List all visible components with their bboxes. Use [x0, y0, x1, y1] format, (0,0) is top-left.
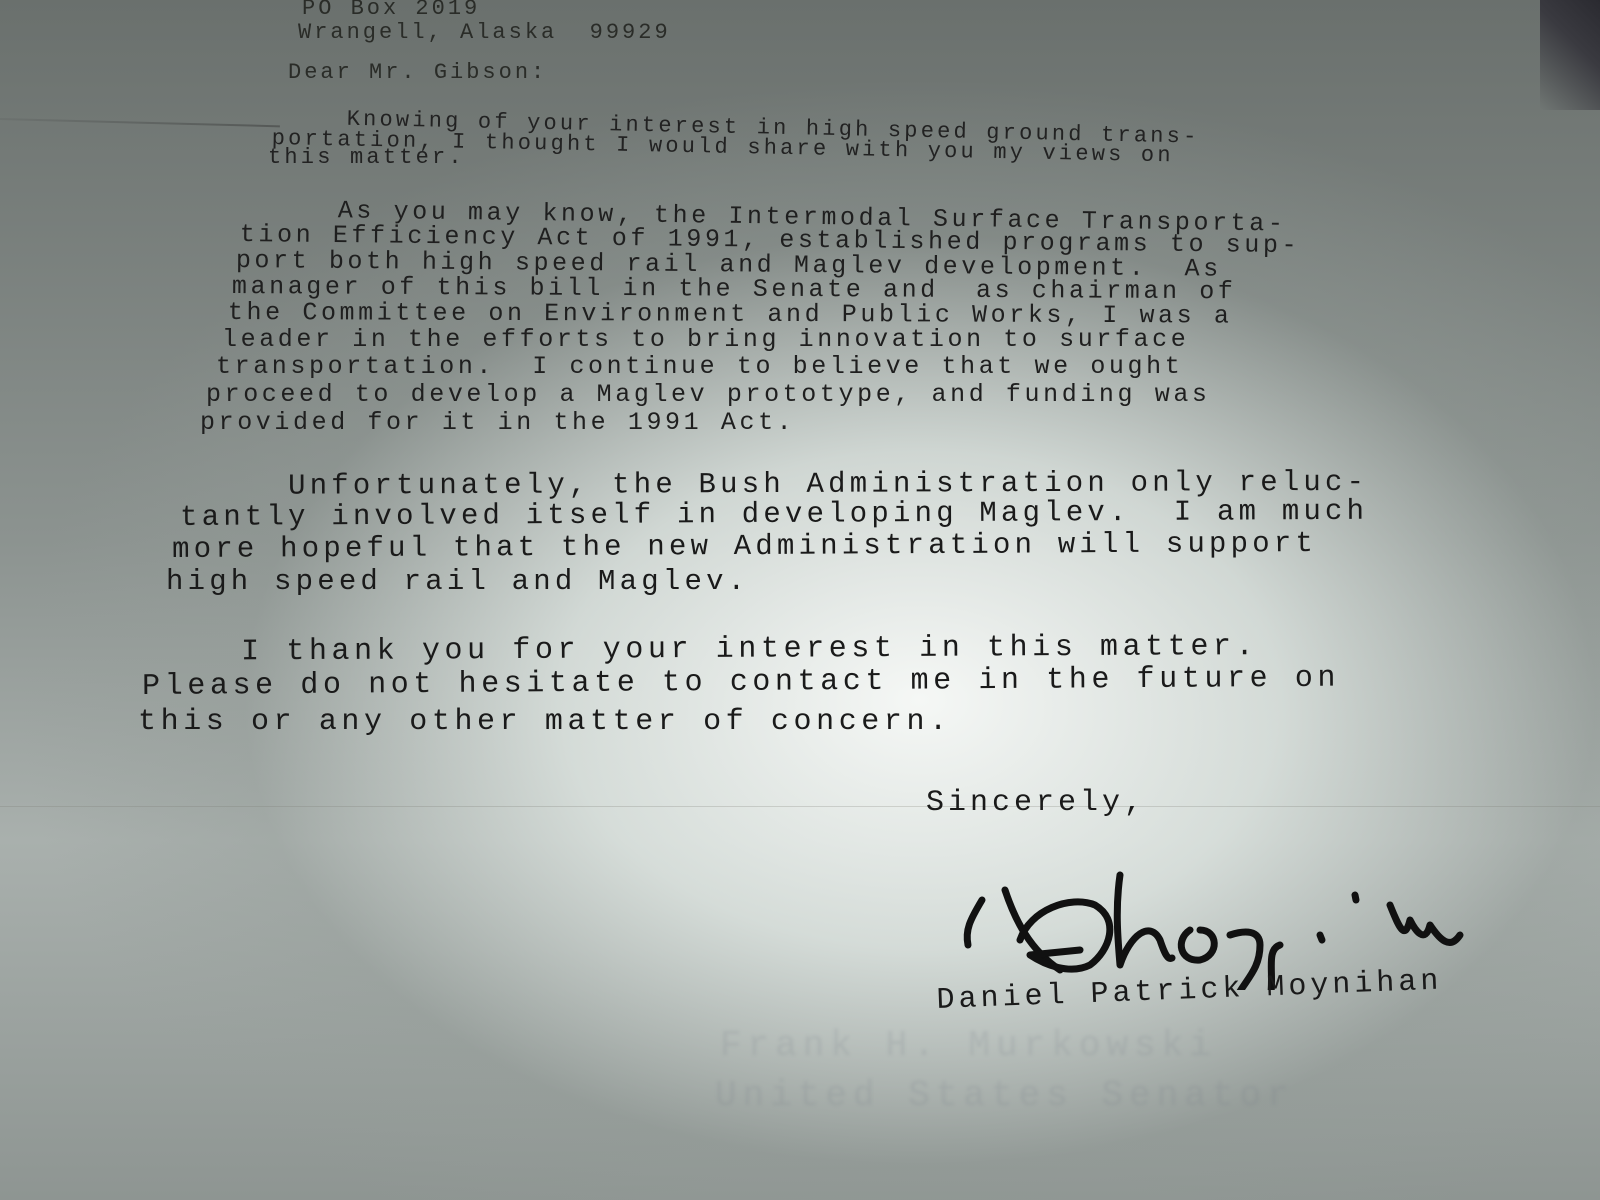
- address-line-2: Wrangell, Alaska 99929: [298, 20, 671, 45]
- paragraph-1-line-3: this matter.: [268, 145, 465, 170]
- paragraph-2-line-7: transportation. I continue to believe th…: [216, 352, 1183, 381]
- paragraph-2-line-8: proceed to develop a Maglev prototype, a…: [206, 380, 1211, 409]
- letter: PO Box 2019 Wrangell, Alaska 99929 Dear …: [0, 0, 1600, 1200]
- paragraph-2-line-9: provided for it in the 1991 Act.: [200, 408, 795, 437]
- salutation: Dear Mr. Gibson:: [288, 60, 547, 85]
- closing: Sincerely,: [926, 786, 1146, 820]
- paragraph-4-line-3: this or any other matter of concern.: [138, 705, 952, 739]
- paragraph-3-line-4: high speed rail and Maglev.: [166, 565, 749, 598]
- paragraph-2-line-6: leader in the efforts to bring innovatio…: [222, 325, 1189, 354]
- address-line-1: PO Box 2019: [302, 0, 480, 21]
- paragraph-4-line-2: Please do not hesitate to contact me in …: [142, 662, 1340, 704]
- paragraph-3-line-3: more hopeful that the new Administration…: [172, 527, 1317, 566]
- handwritten-signature-icon: [960, 850, 1560, 990]
